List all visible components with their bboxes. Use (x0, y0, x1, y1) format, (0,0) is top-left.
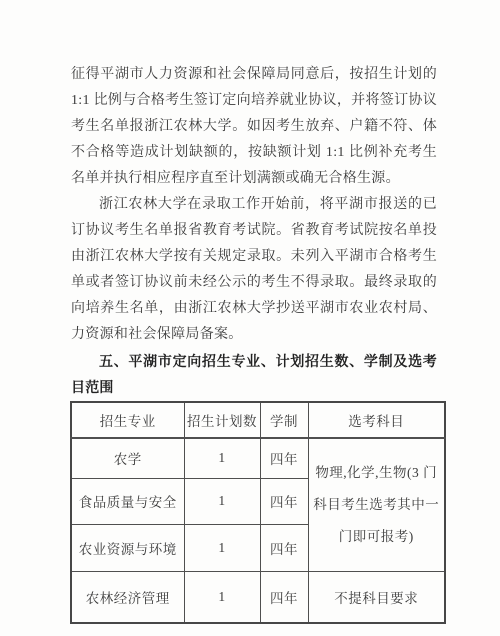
header-subjects: 选考科目 (308, 402, 445, 438)
paragraph-2: 浙江农林大学在录取工作开始前，将平湖市报送的已签 订协议考生名单报省教育考试院。… (71, 192, 437, 348)
document-page: 征得平湖市人力资源和社会保障局同意后，按招生计划的 1:1 比例与合格考生签订定… (0, 0, 500, 636)
text-block: 征得平湖市人力资源和社会保障局同意后，按招生计划的 1:1 比例与合格考生签订定… (0, 0, 500, 400)
text-line: 名单并执行相应程序直至计划满额或确无合格生源。 (71, 166, 437, 192)
section-heading: 五、平湖市定向招生专业、计划招生数、学制及选考科 目范围 (71, 348, 437, 400)
cell-major: 农业资源与环境 (71, 524, 184, 571)
text-line: 订协议考生名单报省教育考试院。省教育考试院按名单投档， (71, 218, 437, 244)
table-row: 农林经济管理 1 四年 不提科目要求 (71, 571, 445, 623)
paragraph-1: 征得平湖市人力资源和社会保障局同意后，按招生计划的 1:1 比例与合格考生签订定… (71, 62, 437, 192)
text-line: 由浙江农林大学按有关规定录取。未列入平湖市合格考生名 (71, 244, 437, 270)
text-line: 考生名单报浙江农林大学。如因考生放弃、户籍不符、体检 (71, 114, 437, 140)
cell-duration: 四年 (260, 478, 308, 524)
header-plan-count: 招生计划数 (184, 402, 260, 438)
cell-major: 农学 (71, 438, 184, 478)
cell-plan: 1 (184, 438, 260, 478)
text-line: 1:1 比例与合格考生签订定向培养就业协议，并将签订协议 (71, 88, 437, 114)
text-line: 向培养生名单，由浙江农林大学抄送平湖市农业农村局、人 (71, 296, 437, 322)
text-line: 浙江农林大学在录取工作开始前，将平湖市报送的已签 (71, 192, 437, 218)
cell-plan: 1 (184, 571, 260, 623)
cell-major: 农林经济管理 (71, 571, 184, 623)
cell-subjects: 不提科目要求 (308, 571, 445, 623)
text-line: 力资源和社会保障局备案。 (71, 322, 437, 348)
header-major: 招生专业 (71, 402, 184, 438)
text-line: 单或者签订协议前未经公示的考生不得录取。最终录取的定 (71, 270, 437, 296)
text-line: 征得平湖市人力资源和社会保障局同意后，按招生计划的 (71, 62, 437, 88)
table-header-row: 招生专业 招生计划数 学制 选考科目 (71, 402, 445, 438)
section-heading-line: 五、平湖市定向招生专业、计划招生数、学制及选考科 (71, 348, 437, 374)
cell-subjects-merged: 物理,化学,生物(3 门 科目考生选考其中一 门即可报考) (308, 438, 445, 571)
header-duration: 学制 (260, 402, 308, 438)
table-row: 农学 1 四年 物理,化学,生物(3 门 科目考生选考其中一 门即可报考) (71, 438, 445, 478)
cell-plan: 1 (184, 478, 260, 524)
section-heading-line: 目范围 (71, 374, 437, 400)
cell-duration: 四年 (260, 438, 308, 478)
cell-plan: 1 (184, 524, 260, 571)
cell-major: 食品质量与安全 (71, 478, 184, 524)
cell-duration: 四年 (260, 571, 308, 623)
text-line: 不合格等造成计划缺额的，按缺额计划 1:1 比例补充考生 (71, 140, 437, 166)
admission-plan-table: 招生专业 招生计划数 学制 选考科目 农学 1 四年 物理,化学,生物(3 门 … (70, 401, 446, 624)
cell-duration: 四年 (260, 524, 308, 571)
